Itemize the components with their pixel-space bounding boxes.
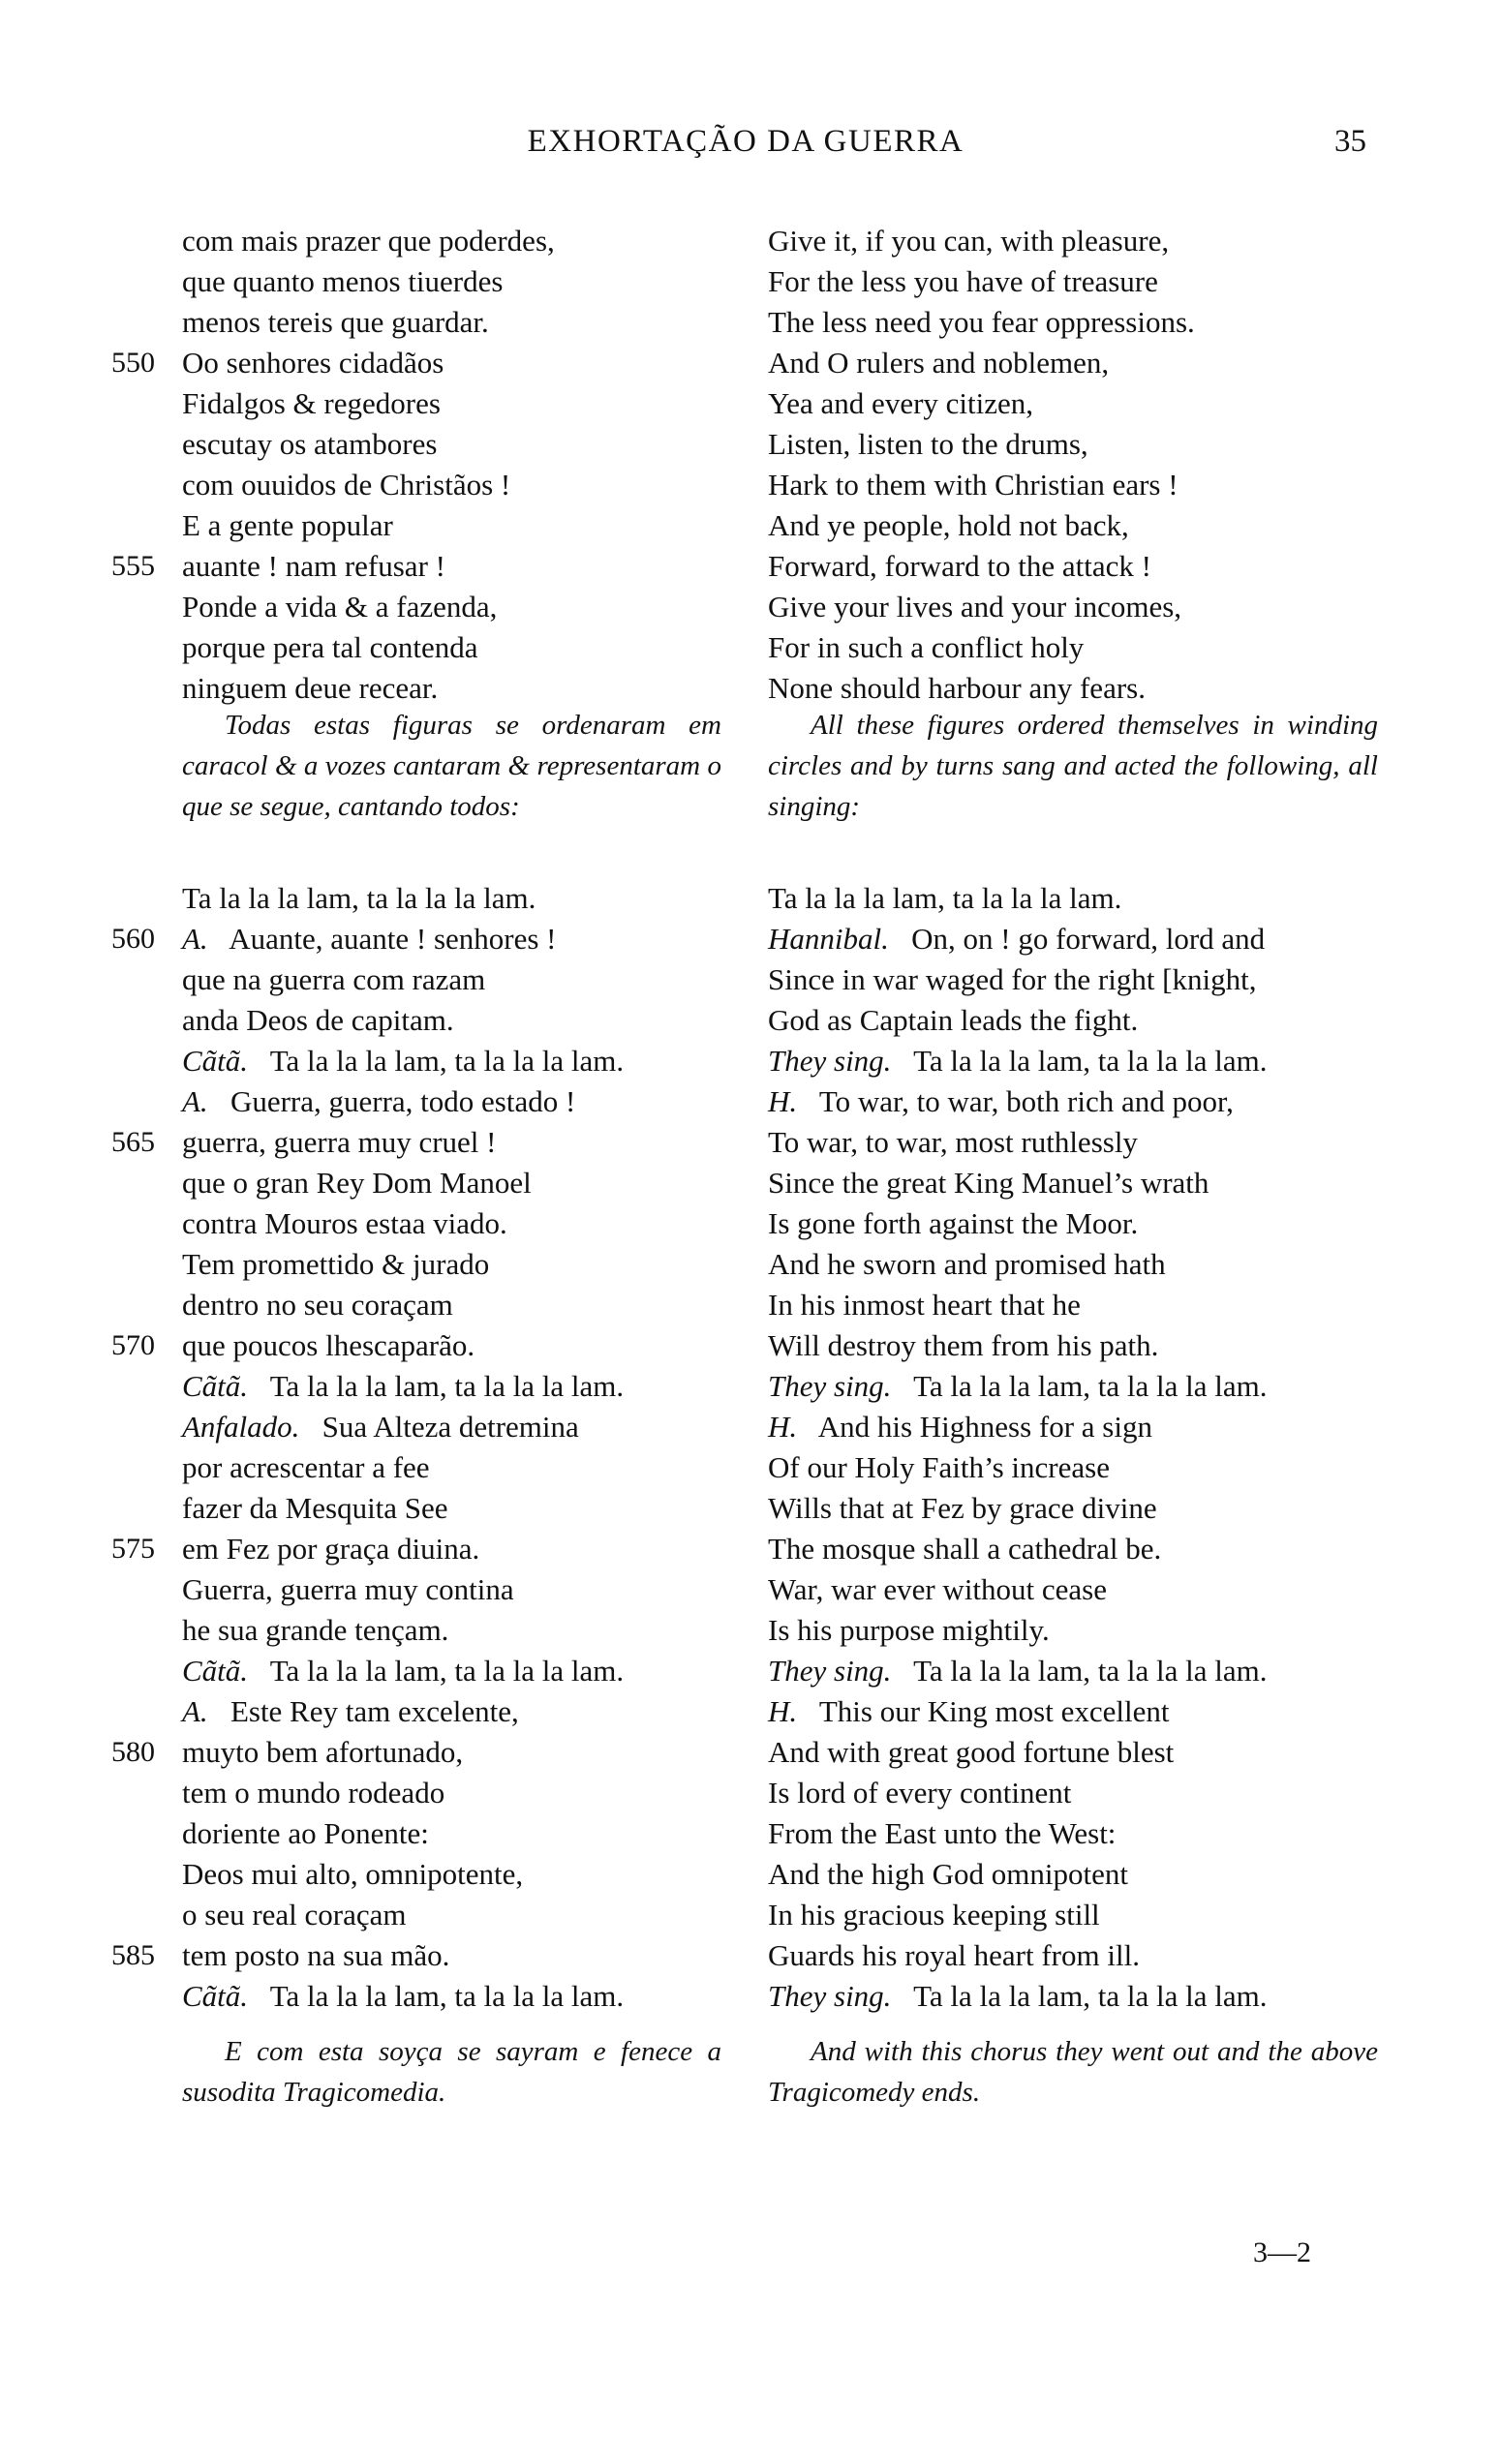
verse-text-wrap: Deos mui alto, omnipotente, bbox=[182, 1854, 523, 1895]
verse-text: And ye people, hold not back, bbox=[768, 508, 1129, 542]
verse-line: com ouuidos de Christãos ! bbox=[111, 465, 731, 505]
verse-text: Give it, if you can, with pleasure, bbox=[768, 224, 1169, 258]
stage-direction-portuguese-1: Todas estas figuras se ordenaram em cara… bbox=[182, 705, 721, 827]
verse-line: que na guerra com razam bbox=[111, 959, 731, 1000]
verse-text-wrap: he sua grande tençam. bbox=[182, 1610, 448, 1651]
verse-line: In his gracious keeping still bbox=[768, 1895, 1426, 1935]
verse-line: Forward, forward to the attack ! bbox=[768, 546, 1426, 587]
verse-text-wrap: o seu real coraçam bbox=[182, 1895, 407, 1935]
page-number: 35 bbox=[1334, 124, 1366, 160]
verse-text: tem posto na sua mão. bbox=[182, 1938, 449, 1972]
verse-text: fazer da Mesquita See bbox=[182, 1491, 448, 1525]
verse-text: tem o mundo rodeado bbox=[182, 1776, 444, 1810]
stage-direction-english-2: And with this chorus they went out and t… bbox=[768, 2031, 1378, 2113]
verse-line: Cãtã. Ta la la la lam, ta la la la lam. bbox=[111, 1041, 731, 1081]
verse-text: Yea and every citizen, bbox=[768, 386, 1033, 420]
speaker-gap bbox=[797, 1084, 819, 1118]
speaker-gap bbox=[248, 1979, 270, 2013]
verse-text-wrap: que na guerra com razam bbox=[182, 959, 485, 1000]
verse-text: Deos mui alto, omnipotente, bbox=[182, 1857, 523, 1891]
verse-line: Is gone forth against the Moor. bbox=[768, 1203, 1426, 1244]
verse-line: Tem promettido & jurado bbox=[111, 1244, 731, 1285]
verse-text: Is lord of every continent bbox=[768, 1776, 1071, 1810]
verse-text-wrap: fazer da Mesquita See bbox=[182, 1488, 448, 1529]
verse-line: Guards his royal heart from ill. bbox=[768, 1935, 1426, 1976]
verse-text-wrap: The mosque shall a cathedral be. bbox=[768, 1529, 1161, 1569]
verse-text-wrap: H. To war, to war, both rich and poor, bbox=[768, 1081, 1234, 1122]
verse-line: And the high God omnipotent bbox=[768, 1854, 1426, 1895]
speaker-gap bbox=[299, 1410, 321, 1444]
verse-text-wrap: God as Captain leads the fight. bbox=[768, 1000, 1138, 1041]
verse-line: And O rulers and noblemen, bbox=[768, 343, 1426, 383]
verse-text: From the East unto the West: bbox=[768, 1816, 1116, 1850]
verse-text-wrap: Is gone forth against the Moor. bbox=[768, 1203, 1138, 1244]
verse-line: porque pera tal contenda bbox=[111, 627, 731, 668]
verse-text: For the less you have of treasure bbox=[768, 264, 1158, 298]
verse-text-wrap: In his inmost heart that he bbox=[768, 1285, 1081, 1325]
verse-line: 570que poucos lhescaparão. bbox=[111, 1325, 731, 1366]
verse-text: Since in war waged for the right [knight… bbox=[768, 962, 1256, 996]
verse-text: And his Highness for a sign bbox=[818, 1410, 1152, 1444]
verse-text: he sua grande tençam. bbox=[182, 1613, 448, 1647]
verse-line: Ta la la la lam, ta la la la lam. bbox=[768, 878, 1426, 919]
verse-text-wrap: And ye people, hold not back, bbox=[768, 505, 1129, 546]
verse-line: They sing. Ta la la la lam, ta la la la … bbox=[768, 1041, 1426, 1081]
verse-text: em Fez por graça diuina. bbox=[182, 1532, 479, 1566]
verse-text-wrap: Guerra, guerra muy contina bbox=[182, 1569, 514, 1610]
verse-text: This our King most excellent bbox=[819, 1694, 1170, 1728]
verse-text: Give your lives and your incomes, bbox=[768, 590, 1181, 624]
verse-line: ninguem deue recear. bbox=[111, 668, 731, 709]
verse-text: Since the great King Manuel’s wrath bbox=[768, 1166, 1209, 1200]
verse-line: H. To war, to war, both rich and poor, bbox=[768, 1081, 1426, 1122]
verse-line: A. Guerra, guerra, todo estado ! bbox=[111, 1081, 731, 1122]
verse-text-wrap: escutay os atambores bbox=[182, 424, 437, 465]
speaker-label: H. bbox=[768, 1410, 797, 1444]
verse-text-wrap: Since the great King Manuel’s wrath bbox=[768, 1163, 1209, 1203]
speaker-label: A. bbox=[182, 922, 208, 956]
verse-line: And with great good fortune blest bbox=[768, 1732, 1426, 1773]
verse-text: escutay os atambores bbox=[182, 427, 437, 461]
verse-text-wrap: em Fez por graça diuina. bbox=[182, 1529, 479, 1569]
verse-line: Since the great King Manuel’s wrath bbox=[768, 1163, 1426, 1203]
verse-text: Ta la la la lam, ta la la la lam. bbox=[270, 1369, 624, 1403]
verse-text-wrap: Cãtã. Ta la la la lam, ta la la la lam. bbox=[182, 1651, 624, 1691]
verse-text: Hark to them with Christian ears ! bbox=[768, 468, 1179, 502]
verse-line: A. Este Rey tam excelente, bbox=[111, 1691, 731, 1732]
verse-line: Cãtã. Ta la la la lam, ta la la la lam. bbox=[111, 1366, 731, 1407]
verse-text: War, war ever without cease bbox=[768, 1572, 1107, 1606]
verse-text-wrap: E a gente popular bbox=[182, 505, 393, 546]
verse-text-wrap: auante ! nam refusar ! bbox=[182, 546, 445, 587]
speaker-gap bbox=[891, 1369, 913, 1403]
verse-text-wrap: com mais prazer que poderdes, bbox=[182, 221, 555, 261]
verse-text-wrap: por acrescentar a fee bbox=[182, 1447, 430, 1488]
line-number: 550 bbox=[111, 343, 171, 383]
verse-line: por acrescentar a fee bbox=[111, 1447, 731, 1488]
verse-text: And he sworn and promised hath bbox=[768, 1247, 1166, 1281]
line-number: 555 bbox=[111, 546, 171, 587]
speaker-gap bbox=[797, 1410, 818, 1444]
verse-text-wrap: tem posto na sua mão. bbox=[182, 1935, 449, 1976]
verse-text: Ta la la la lam, ta la la la lam. bbox=[270, 1979, 624, 2013]
verse-text: To war, to war, most ruthlessly bbox=[768, 1125, 1138, 1159]
verse-text-wrap: Guards his royal heart from ill. bbox=[768, 1935, 1140, 1976]
verse-text: And O rulers and noblemen, bbox=[768, 346, 1109, 380]
verse-text: ninguem deue recear. bbox=[182, 671, 438, 705]
speaker-label: H. bbox=[768, 1694, 797, 1728]
verse-text: Este Rey tam excelente, bbox=[230, 1694, 519, 1728]
verse-line: From the East unto the West: bbox=[768, 1813, 1426, 1854]
verse-text-wrap: ninguem deue recear. bbox=[182, 668, 438, 709]
verse-text: Will destroy them from his path. bbox=[768, 1328, 1158, 1362]
speaker-gap bbox=[248, 1044, 270, 1078]
verse-line: Wills that at Fez by grace divine bbox=[768, 1488, 1426, 1529]
verse-text-wrap: que poucos lhescaparão. bbox=[182, 1325, 474, 1366]
verse-line: 560A. Auante, auante ! senhores ! bbox=[111, 919, 731, 959]
verse-text-wrap: muyto bem afortunado, bbox=[182, 1732, 463, 1773]
verse-line: Of our Holy Faith’s increase bbox=[768, 1447, 1426, 1488]
verse-line: dentro no seu coraçam bbox=[111, 1285, 731, 1325]
verse-text: Forward, forward to the attack ! bbox=[768, 549, 1151, 583]
verse-text-wrap: For the less you have of treasure bbox=[768, 261, 1158, 302]
english-verse-block-2: Ta la la la lam, ta la la la lam.Hanniba… bbox=[768, 878, 1426, 2017]
speaker-gap bbox=[248, 1654, 270, 1688]
verse-text: To war, to war, both rich and poor, bbox=[819, 1084, 1234, 1118]
speaker-label: They sing. bbox=[768, 1044, 891, 1078]
speaker-label: A. bbox=[182, 1084, 208, 1118]
speaker-label: They sing. bbox=[768, 1654, 891, 1688]
verse-text: que na guerra com razam bbox=[182, 962, 485, 996]
verse-text-wrap: Forward, forward to the attack ! bbox=[768, 546, 1151, 587]
verse-text: Fidalgos & regedores bbox=[182, 386, 441, 420]
verse-line: menos tereis que guardar. bbox=[111, 302, 731, 343]
verse-text-wrap: H. And his Highness for a sign bbox=[768, 1407, 1152, 1447]
verse-line: To war, to war, most ruthlessly bbox=[768, 1122, 1426, 1163]
verse-text-wrap: H. This our King most excellent bbox=[768, 1691, 1169, 1732]
verse-text-wrap: porque pera tal contenda bbox=[182, 627, 478, 668]
speaker-label: They sing. bbox=[768, 1979, 891, 2013]
verse-text: guerra, guerra muy cruel ! bbox=[182, 1125, 496, 1159]
speaker-label: Cãtã. bbox=[182, 1044, 248, 1078]
verse-text: Guerra, guerra muy contina bbox=[182, 1572, 514, 1606]
speaker-label: Anfalado. bbox=[182, 1410, 299, 1444]
verse-text: Ta la la la lam, ta la la la lam. bbox=[913, 1369, 1267, 1403]
verse-line: 585tem posto na sua mão. bbox=[111, 1935, 731, 1976]
verse-line: They sing. Ta la la la lam, ta la la la … bbox=[768, 1976, 1426, 2017]
verse-text: anda Deos de capitam. bbox=[182, 1003, 454, 1037]
english-verse-block-1: Give it, if you can, with pleasure,For t… bbox=[768, 221, 1426, 709]
verse-text: Is his purpose mightily. bbox=[768, 1613, 1050, 1647]
verse-line: None should harbour any fears. bbox=[768, 668, 1426, 709]
verse-text-wrap: Tem promettido & jurado bbox=[182, 1244, 489, 1285]
speaker-label: Hannibal. bbox=[768, 922, 889, 956]
speaker-label: Cãtã. bbox=[182, 1979, 248, 2013]
running-title: EXHORTAÇÃO DA GUERRA bbox=[474, 124, 1017, 160]
speaker-label: A. bbox=[182, 1694, 208, 1728]
verse-line: Ponde a vida & a fazenda, bbox=[111, 587, 731, 627]
line-number: 560 bbox=[111, 919, 171, 959]
verse-text-wrap: Anfalado. Sua Alteza detremina bbox=[182, 1407, 579, 1447]
speaker-gap bbox=[248, 1369, 270, 1403]
verse-line: anda Deos de capitam. bbox=[111, 1000, 731, 1041]
verse-line: Will destroy them from his path. bbox=[768, 1325, 1426, 1366]
verse-text: muyto bem afortunado, bbox=[182, 1735, 463, 1769]
verse-text-wrap: Ta la la la lam, ta la la la lam. bbox=[768, 878, 1121, 919]
verse-text: Is gone forth against the Moor. bbox=[768, 1206, 1138, 1240]
verse-text-wrap: que quanto menos tiuerdes bbox=[182, 261, 503, 302]
verse-line: The mosque shall a cathedral be. bbox=[768, 1529, 1426, 1569]
verse-text-wrap: doriente ao Ponente: bbox=[182, 1813, 429, 1854]
verse-line: E a gente popular bbox=[111, 505, 731, 546]
verse-text: Ta la la la lam, ta la la la lam. bbox=[270, 1044, 624, 1078]
verse-text: com mais prazer que poderdes, bbox=[182, 224, 555, 258]
line-number: 565 bbox=[111, 1122, 171, 1163]
verse-line: Cãtã. Ta la la la lam, ta la la la lam. bbox=[111, 1976, 731, 2017]
signature-mark: 3—2 bbox=[1253, 2236, 1311, 2269]
verse-text: Guerra, guerra, todo estado ! bbox=[230, 1084, 575, 1118]
verse-text: o seu real coraçam bbox=[182, 1898, 407, 1932]
verse-line: 575em Fez por graça diuina. bbox=[111, 1529, 731, 1569]
verse-text: com ouuidos de Christãos ! bbox=[182, 468, 510, 502]
verse-text-wrap: Since in war waged for the right [knight… bbox=[768, 959, 1256, 1000]
verse-text-wrap: Wills that at Fez by grace divine bbox=[768, 1488, 1157, 1529]
verse-line: And ye people, hold not back, bbox=[768, 505, 1426, 546]
stage-direction-english-1: All these figures ordered themselves in … bbox=[768, 705, 1378, 827]
verse-text-wrap: Hannibal. On, on ! go forward, lord and bbox=[768, 919, 1265, 959]
verse-text-wrap: tem o mundo rodeado bbox=[182, 1773, 444, 1813]
verse-text-wrap: Hark to them with Christian ears ! bbox=[768, 465, 1179, 505]
verse-text-wrap: For in such a conflict holy bbox=[768, 627, 1084, 668]
verse-text-wrap: None should harbour any fears. bbox=[768, 668, 1146, 709]
verse-line: fazer da Mesquita See bbox=[111, 1488, 731, 1529]
verse-text: Ta la la la lam, ta la la la lam. bbox=[270, 1654, 624, 1688]
verse-text-wrap: Of our Holy Faith’s increase bbox=[768, 1447, 1110, 1488]
verse-line: 555auante ! nam refusar ! bbox=[111, 546, 731, 587]
verse-text: contra Mouros estaa viado. bbox=[182, 1206, 507, 1240]
verse-text-wrap: A. Guerra, guerra, todo estado ! bbox=[182, 1081, 575, 1122]
portuguese-verse-block-1: com mais prazer que poderdes,que quanto … bbox=[111, 221, 731, 709]
verse-text-wrap: Give your lives and your incomes, bbox=[768, 587, 1181, 627]
verse-text: dentro no seu coraçam bbox=[182, 1288, 453, 1322]
verse-text-wrap: Will destroy them from his path. bbox=[768, 1325, 1158, 1366]
verse-line: War, war ever without cease bbox=[768, 1569, 1426, 1610]
verse-line: contra Mouros estaa viado. bbox=[111, 1203, 731, 1244]
verse-text-wrap: The less need you fear oppressions. bbox=[768, 302, 1195, 343]
verse-text-wrap: Cãtã. Ta la la la lam, ta la la la lam. bbox=[182, 1041, 624, 1081]
verse-line: Guerra, guerra muy contina bbox=[111, 1569, 731, 1610]
verse-text: Ta la la la lam, ta la la la lam. bbox=[768, 881, 1121, 915]
verse-line: Cãtã. Ta la la la lam, ta la la la lam. bbox=[111, 1651, 731, 1691]
verse-text-wrap: War, war ever without cease bbox=[768, 1569, 1107, 1610]
verse-line: he sua grande tençam. bbox=[111, 1610, 731, 1651]
speaker-label: Cãtã. bbox=[182, 1369, 248, 1403]
verse-text: E a gente popular bbox=[182, 508, 393, 542]
verse-text: And the high God omnipotent bbox=[768, 1857, 1128, 1891]
verse-text: Tem promettido & jurado bbox=[182, 1247, 489, 1281]
line-number: 575 bbox=[111, 1529, 171, 1569]
verse-text: doriente ao Ponente: bbox=[182, 1816, 429, 1850]
verse-text-wrap: A. Auante, auante ! senhores ! bbox=[182, 919, 557, 959]
verse-text-wrap: que o gran Rey Dom Manoel bbox=[182, 1163, 532, 1203]
speaker-gap bbox=[891, 1044, 913, 1078]
verse-text-wrap: Listen, listen to the drums, bbox=[768, 424, 1088, 465]
verse-line: escutay os atambores bbox=[111, 424, 731, 465]
verse-line: In his inmost heart that he bbox=[768, 1285, 1426, 1325]
verse-line: H. And his Highness for a sign bbox=[768, 1407, 1426, 1447]
verse-text-wrap: They sing. Ta la la la lam, ta la la la … bbox=[768, 1366, 1268, 1407]
verse-text: And with great good fortune blest bbox=[768, 1735, 1174, 1769]
verse-text-wrap: Fidalgos & regedores bbox=[182, 383, 441, 424]
verse-line: que o gran Rey Dom Manoel bbox=[111, 1163, 731, 1203]
verse-text: auante ! nam refusar ! bbox=[182, 549, 445, 583]
verse-text: Listen, listen to the drums, bbox=[768, 427, 1088, 461]
verse-text: que quanto menos tiuerdes bbox=[182, 264, 503, 298]
verse-line: And he sworn and promised hath bbox=[768, 1244, 1426, 1285]
verse-text-wrap: Oo senhores cidadãos bbox=[182, 343, 444, 383]
verse-text-wrap: And the high God omnipotent bbox=[768, 1854, 1128, 1895]
verse-text: Sua Alteza detremina bbox=[322, 1410, 579, 1444]
verse-line: The less need you fear oppressions. bbox=[768, 302, 1426, 343]
verse-text: Of our Holy Faith’s increase bbox=[768, 1450, 1110, 1484]
verse-line: 580muyto bem afortunado, bbox=[111, 1732, 731, 1773]
verse-text-wrap: com ouuidos de Christãos ! bbox=[182, 465, 510, 505]
verse-text: Auante, auante ! senhores ! bbox=[229, 922, 556, 956]
speaker-gap bbox=[889, 922, 911, 956]
verse-text-wrap: To war, to war, most ruthlessly bbox=[768, 1122, 1138, 1163]
verse-text: On, on ! go forward, lord and bbox=[911, 922, 1265, 956]
verse-text-wrap: contra Mouros estaa viado. bbox=[182, 1203, 507, 1244]
verse-line: 550Oo senhores cidadãos bbox=[111, 343, 731, 383]
verse-line: Anfalado. Sua Alteza detremina bbox=[111, 1407, 731, 1447]
verse-text-wrap: Yea and every citizen, bbox=[768, 383, 1033, 424]
page-header: EXHORTAÇÃO DA GUERRA 35 bbox=[0, 124, 1500, 167]
verse-text: God as Captain leads the fight. bbox=[768, 1003, 1138, 1037]
verse-text: porque pera tal contenda bbox=[182, 630, 478, 664]
verse-text-wrap: They sing. Ta la la la lam, ta la la la … bbox=[768, 1976, 1268, 2017]
verse-text: The mosque shall a cathedral be. bbox=[768, 1532, 1161, 1566]
verse-line: Deos mui alto, omnipotente, bbox=[111, 1854, 731, 1895]
verse-text-wrap: menos tereis que guardar. bbox=[182, 302, 489, 343]
verse-line: doriente ao Ponente: bbox=[111, 1813, 731, 1854]
verse-line: Hannibal. On, on ! go forward, lord and bbox=[768, 919, 1426, 959]
verse-text: Ta la la la lam, ta la la la lam. bbox=[913, 1044, 1267, 1078]
verse-text: Ta la la la lam, ta la la la lam. bbox=[913, 1979, 1267, 2013]
verse-text: Ta la la la lam, ta la la la lam. bbox=[913, 1654, 1267, 1688]
speaker-gap bbox=[208, 1084, 230, 1118]
verse-text-wrap: They sing. Ta la la la lam, ta la la la … bbox=[768, 1651, 1268, 1691]
verse-line: Since in war waged for the right [knight… bbox=[768, 959, 1426, 1000]
verse-text-wrap: Is lord of every continent bbox=[768, 1773, 1071, 1813]
verse-line: com mais prazer que poderdes, bbox=[111, 221, 731, 261]
speaker-gap bbox=[891, 1979, 913, 2013]
line-number: 570 bbox=[111, 1325, 171, 1366]
verse-text: que o gran Rey Dom Manoel bbox=[182, 1166, 532, 1200]
verse-line: God as Captain leads the fight. bbox=[768, 1000, 1426, 1041]
verse-line: Give your lives and your incomes, bbox=[768, 587, 1426, 627]
verse-text: Ponde a vida & a fazenda, bbox=[182, 590, 497, 624]
verse-text: In his gracious keeping still bbox=[768, 1898, 1100, 1932]
speaker-gap bbox=[208, 1694, 230, 1728]
verse-text: Wills that at Fez by grace divine bbox=[768, 1491, 1157, 1525]
speaker-gap bbox=[797, 1694, 819, 1728]
verse-text-wrap: They sing. Ta la la la lam, ta la la la … bbox=[768, 1041, 1268, 1081]
verse-text: menos tereis que guardar. bbox=[182, 305, 489, 339]
verse-text: The less need you fear oppressions. bbox=[768, 305, 1195, 339]
speaker-gap bbox=[208, 922, 230, 956]
verse-line: que quanto menos tiuerdes bbox=[111, 261, 731, 302]
verse-line: For in such a conflict holy bbox=[768, 627, 1426, 668]
stage-direction-portuguese-2: E com esta soyça se sayram e fenece a su… bbox=[182, 2031, 721, 2113]
verse-line: They sing. Ta la la la lam, ta la la la … bbox=[768, 1651, 1426, 1691]
verse-line: 565guerra, guerra muy cruel ! bbox=[111, 1122, 731, 1163]
verse-text: For in such a conflict holy bbox=[768, 630, 1084, 664]
verse-line: For the less you have of treasure bbox=[768, 261, 1426, 302]
speaker-label: H. bbox=[768, 1084, 797, 1118]
verse-line: Ta la la la lam, ta la la la lam. bbox=[111, 878, 731, 919]
portuguese-verse-block-2: Ta la la la lam, ta la la la lam.560A. A… bbox=[111, 878, 731, 2017]
verse-text: que poucos lhescaparão. bbox=[182, 1328, 474, 1362]
verse-text-wrap: A. Este Rey tam excelente, bbox=[182, 1691, 519, 1732]
verse-text-wrap: anda Deos de capitam. bbox=[182, 1000, 454, 1041]
verse-text: Oo senhores cidadãos bbox=[182, 346, 444, 380]
verse-text-wrap: guerra, guerra muy cruel ! bbox=[182, 1122, 496, 1163]
verse-text-wrap: Ta la la la lam, ta la la la lam. bbox=[182, 878, 536, 919]
verse-text-wrap: Is his purpose mightily. bbox=[768, 1610, 1050, 1651]
verse-line: Is lord of every continent bbox=[768, 1773, 1426, 1813]
verse-text-wrap: And with great good fortune blest bbox=[768, 1732, 1174, 1773]
line-number: 580 bbox=[111, 1732, 171, 1773]
speaker-gap bbox=[891, 1654, 913, 1688]
verse-line: Hark to them with Christian ears ! bbox=[768, 465, 1426, 505]
verse-text: Ta la la la lam, ta la la la lam. bbox=[182, 881, 536, 915]
verse-text-wrap: In his gracious keeping still bbox=[768, 1895, 1100, 1935]
verse-text-wrap: Ponde a vida & a fazenda, bbox=[182, 587, 497, 627]
verse-text-wrap: And he sworn and promised hath bbox=[768, 1244, 1166, 1285]
verse-text-wrap: Cãtã. Ta la la la lam, ta la la la lam. bbox=[182, 1976, 624, 2017]
verse-text-wrap: Cãtã. Ta la la la lam, ta la la la lam. bbox=[182, 1366, 624, 1407]
verse-text: None should harbour any fears. bbox=[768, 671, 1146, 705]
line-number: 585 bbox=[111, 1935, 171, 1976]
verse-text-wrap: And O rulers and noblemen, bbox=[768, 343, 1109, 383]
speaker-label: Cãtã. bbox=[182, 1654, 248, 1688]
speaker-label: They sing. bbox=[768, 1369, 891, 1403]
verse-text-wrap: From the East unto the West: bbox=[768, 1813, 1116, 1854]
verse-line: Fidalgos & regedores bbox=[111, 383, 731, 424]
verse-text: Guards his royal heart from ill. bbox=[768, 1938, 1140, 1972]
verse-text-wrap: Give it, if you can, with pleasure, bbox=[768, 221, 1169, 261]
verse-line: H. This our King most excellent bbox=[768, 1691, 1426, 1732]
verse-text-wrap: dentro no seu coraçam bbox=[182, 1285, 453, 1325]
verse-line: They sing. Ta la la la lam, ta la la la … bbox=[768, 1366, 1426, 1407]
verse-line: o seu real coraçam bbox=[111, 1895, 731, 1935]
verse-line: Is his purpose mightily. bbox=[768, 1610, 1426, 1651]
verse-line: Listen, listen to the drums, bbox=[768, 424, 1426, 465]
verse-text: In his inmost heart that he bbox=[768, 1288, 1081, 1322]
verse-text: por acrescentar a fee bbox=[182, 1450, 430, 1484]
verse-line: Give it, if you can, with pleasure, bbox=[768, 221, 1426, 261]
verse-line: Yea and every citizen, bbox=[768, 383, 1426, 424]
verse-line: tem o mundo rodeado bbox=[111, 1773, 731, 1813]
